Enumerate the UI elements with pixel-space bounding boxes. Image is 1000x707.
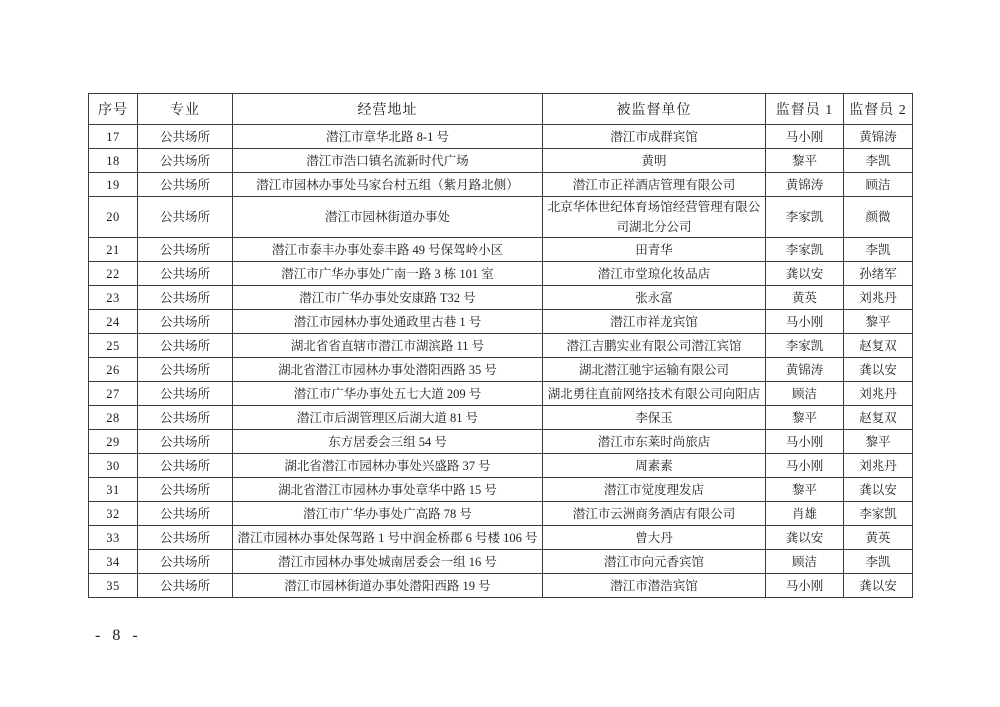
cell-serial: 28	[89, 406, 138, 430]
table-row: 30公共场所湖北省潜江市园林办事处兴盛路 37 号周素素马小刚刘兆丹	[89, 454, 913, 478]
cell-supervisor1: 龚以安	[766, 262, 844, 286]
cell-unit: 潜江市向元香宾馆	[543, 550, 766, 574]
cell-unit: 潜江市堂琼化妆品店	[543, 262, 766, 286]
header-cell-category: 专业	[138, 94, 233, 125]
cell-address: 湖北省潜江市园林办事处章华中路 15 号	[233, 478, 543, 502]
cell-supervisor2: 刘兆丹	[844, 454, 913, 478]
table-row: 25公共场所湖北省省直辖市潜江市湖滨路 11 号潜江吉鹏实业有限公司潜江宾馆李家…	[89, 334, 913, 358]
cell-supervisor2: 黄锦涛	[844, 125, 913, 149]
supervision-assignment-table: 序号专业经营地址被监督单位监督员 1监督员 2 17公共场所潜江市章华北路 8-…	[88, 93, 913, 598]
cell-unit: 曾大丹	[543, 526, 766, 550]
cell-unit: 田青华	[543, 238, 766, 262]
cell-serial: 29	[89, 430, 138, 454]
table-row: 23公共场所潜江市广华办事处安康路 T32 号张永富黄英刘兆丹	[89, 286, 913, 310]
header-cell-supervisor2: 监督员 2	[844, 94, 913, 125]
cell-supervisor1: 马小刚	[766, 430, 844, 454]
table-row: 18公共场所潜江市浩口镇名流新时代广场黄明黎平李凯	[89, 149, 913, 173]
cell-category: 公共场所	[138, 310, 233, 334]
cell-serial: 27	[89, 382, 138, 406]
table-row: 24公共场所潜江市园林办事处通政里古巷 1 号潜江市祥龙宾馆马小刚黎平	[89, 310, 913, 334]
table-row: 20公共场所潜江市园林街道办事处北京华体世纪体育场馆经营管理有限公司湖北分公司李…	[89, 197, 913, 238]
cell-category: 公共场所	[138, 454, 233, 478]
header-cell-serial: 序号	[89, 94, 138, 125]
cell-supervisor2: 李凯	[844, 149, 913, 173]
cell-serial: 20	[89, 197, 138, 238]
header-cell-address: 经营地址	[233, 94, 543, 125]
cell-unit: 北京华体世纪体育场馆经营管理有限公司湖北分公司	[543, 197, 766, 238]
cell-address: 潜江市浩口镇名流新时代广场	[233, 149, 543, 173]
table-row: 27公共场所潜江市广华办事处五七大道 209 号湖北勇往直前网络技术有限公司向阳…	[89, 382, 913, 406]
cell-address: 潜江市园林街道办事处	[233, 197, 543, 238]
cell-supervisor2: 李凯	[844, 550, 913, 574]
cell-unit: 潜江市祥龙宾馆	[543, 310, 766, 334]
cell-address: 湖北省潜江市园林办事处潜阳西路 35 号	[233, 358, 543, 382]
cell-address: 潜江市广华办事处安康路 T32 号	[233, 286, 543, 310]
cell-supervisor1: 李家凯	[766, 334, 844, 358]
table-row: 26公共场所湖北省潜江市园林办事处潜阳西路 35 号湖北潜江驰宇运输有限公司黄锦…	[89, 358, 913, 382]
cell-supervisor1: 顾洁	[766, 550, 844, 574]
cell-address: 潜江市章华北路 8-1 号	[233, 125, 543, 149]
cell-serial: 35	[89, 574, 138, 598]
cell-supervisor1: 马小刚	[766, 574, 844, 598]
cell-supervisor1: 马小刚	[766, 310, 844, 334]
cell-serial: 21	[89, 238, 138, 262]
cell-address: 东方居委会三组 54 号	[233, 430, 543, 454]
cell-supervisor2: 刘兆丹	[844, 382, 913, 406]
cell-category: 公共场所	[138, 358, 233, 382]
cell-supervisor1: 黎平	[766, 406, 844, 430]
cell-unit: 潜江吉鹏实业有限公司潜江宾馆	[543, 334, 766, 358]
cell-serial: 18	[89, 149, 138, 173]
table-row: 33公共场所潜江市园林办事处保驾路 1 号中润金桥郡 6 号楼 106 号曾大丹…	[89, 526, 913, 550]
cell-supervisor2: 李家凯	[844, 502, 913, 526]
cell-category: 公共场所	[138, 502, 233, 526]
table-row: 35公共场所潜江市园林街道办事处潜阳西路 19 号潜江市潜浩宾馆马小刚龚以安	[89, 574, 913, 598]
cell-category: 公共场所	[138, 238, 233, 262]
table-row: 29公共场所东方居委会三组 54 号潜江市东莱时尚旅店马小刚黎平	[89, 430, 913, 454]
header-cell-unit: 被监督单位	[543, 94, 766, 125]
cell-serial: 17	[89, 125, 138, 149]
cell-category: 公共场所	[138, 125, 233, 149]
cell-address: 潜江市园林办事处马家台村五组（紫月路北侧）	[233, 173, 543, 197]
cell-supervisor2: 赵复双	[844, 406, 913, 430]
cell-unit: 黄明	[543, 149, 766, 173]
header-cell-supervisor1: 监督员 1	[766, 94, 844, 125]
cell-supervisor2: 孙绪军	[844, 262, 913, 286]
cell-supervisor1: 黎平	[766, 149, 844, 173]
cell-supervisor1: 龚以安	[766, 526, 844, 550]
cell-unit: 张永富	[543, 286, 766, 310]
cell-category: 公共场所	[138, 550, 233, 574]
cell-supervisor1: 黄锦涛	[766, 358, 844, 382]
cell-serial: 30	[89, 454, 138, 478]
table-row: 17公共场所潜江市章华北路 8-1 号潜江市成群宾馆马小刚黄锦涛	[89, 125, 913, 149]
cell-address: 湖北省省直辖市潜江市湖滨路 11 号	[233, 334, 543, 358]
cell-supervisor2: 顾洁	[844, 173, 913, 197]
cell-address: 潜江市园林办事处保驾路 1 号中润金桥郡 6 号楼 106 号	[233, 526, 543, 550]
table-row: 32公共场所潜江市广华办事处广高路 78 号潜江市云洲商务酒店有限公司肖雄李家凯	[89, 502, 913, 526]
table-body: 17公共场所潜江市章华北路 8-1 号潜江市成群宾馆马小刚黄锦涛18公共场所潜江…	[89, 125, 913, 598]
cell-unit: 李保玉	[543, 406, 766, 430]
cell-unit: 湖北潜江驰宇运输有限公司	[543, 358, 766, 382]
cell-category: 公共场所	[138, 262, 233, 286]
cell-unit: 潜江市东莱时尚旅店	[543, 430, 766, 454]
table-row: 34公共场所潜江市园林办事处城南居委会一组 16 号潜江市向元香宾馆顾洁李凯	[89, 550, 913, 574]
cell-supervisor2: 龚以安	[844, 574, 913, 598]
table-row: 22公共场所潜江市广华办事处广南一路 3 栋 101 室潜江市堂琼化妆品店龚以安…	[89, 262, 913, 286]
cell-supervisor2: 黎平	[844, 430, 913, 454]
cell-category: 公共场所	[138, 197, 233, 238]
cell-supervisor1: 李家凯	[766, 238, 844, 262]
cell-supervisor2: 黄英	[844, 526, 913, 550]
cell-supervisor1: 李家凯	[766, 197, 844, 238]
cell-unit: 周素素	[543, 454, 766, 478]
cell-unit: 潜江市云洲商务酒店有限公司	[543, 502, 766, 526]
cell-supervisor1: 肖雄	[766, 502, 844, 526]
table-header: 序号专业经营地址被监督单位监督员 1监督员 2	[89, 94, 913, 125]
cell-supervisor1: 黄英	[766, 286, 844, 310]
cell-address: 潜江市广华办事处广南一路 3 栋 101 室	[233, 262, 543, 286]
cell-supervisor2: 颜微	[844, 197, 913, 238]
cell-address: 湖北省潜江市园林办事处兴盛路 37 号	[233, 454, 543, 478]
cell-supervisor2: 刘兆丹	[844, 286, 913, 310]
cell-supervisor1: 黄锦涛	[766, 173, 844, 197]
table-header-row: 序号专业经营地址被监督单位监督员 1监督员 2	[89, 94, 913, 125]
table-row: 21公共场所潜江市泰丰办事处泰丰路 49 号保驾岭小区田青华李家凯李凯	[89, 238, 913, 262]
cell-supervisor1: 马小刚	[766, 125, 844, 149]
cell-category: 公共场所	[138, 173, 233, 197]
cell-category: 公共场所	[138, 149, 233, 173]
cell-address: 潜江市广华办事处五七大道 209 号	[233, 382, 543, 406]
cell-address: 潜江市园林办事处城南居委会一组 16 号	[233, 550, 543, 574]
cell-supervisor2: 李凯	[844, 238, 913, 262]
cell-unit: 潜江市正祥酒店管理有限公司	[543, 173, 766, 197]
cell-address: 潜江市园林办事处通政里古巷 1 号	[233, 310, 543, 334]
cell-supervisor2: 黎平	[844, 310, 913, 334]
cell-unit: 潜江市觉度理发店	[543, 478, 766, 502]
cell-supervisor1: 黎平	[766, 478, 844, 502]
document-page: 序号专业经营地址被监督单位监督员 1监督员 2 17公共场所潜江市章华北路 8-…	[0, 0, 1000, 707]
table-row: 31公共场所湖北省潜江市园林办事处章华中路 15 号潜江市觉度理发店黎平龚以安	[89, 478, 913, 502]
cell-unit: 湖北勇往直前网络技术有限公司向阳店	[543, 382, 766, 406]
cell-serial: 24	[89, 310, 138, 334]
cell-address: 潜江市泰丰办事处泰丰路 49 号保驾岭小区	[233, 238, 543, 262]
cell-address: 潜江市后湖管理区后湖大道 81 号	[233, 406, 543, 430]
cell-address: 潜江市园林街道办事处潜阳西路 19 号	[233, 574, 543, 598]
cell-serial: 19	[89, 173, 138, 197]
cell-serial: 23	[89, 286, 138, 310]
cell-serial: 25	[89, 334, 138, 358]
cell-supervisor2: 龚以安	[844, 478, 913, 502]
cell-category: 公共场所	[138, 286, 233, 310]
cell-unit: 潜江市成群宾馆	[543, 125, 766, 149]
cell-category: 公共场所	[138, 574, 233, 598]
cell-serial: 31	[89, 478, 138, 502]
cell-address: 潜江市广华办事处广高路 78 号	[233, 502, 543, 526]
cell-category: 公共场所	[138, 382, 233, 406]
cell-category: 公共场所	[138, 526, 233, 550]
cell-serial: 33	[89, 526, 138, 550]
table-row: 19公共场所潜江市园林办事处马家台村五组（紫月路北侧）潜江市正祥酒店管理有限公司…	[89, 173, 913, 197]
cell-supervisor1: 顾洁	[766, 382, 844, 406]
table-row: 28公共场所潜江市后湖管理区后湖大道 81 号李保玉黎平赵复双	[89, 406, 913, 430]
page-number: - 8 -	[95, 627, 142, 645]
cell-serial: 34	[89, 550, 138, 574]
cell-serial: 26	[89, 358, 138, 382]
cell-category: 公共场所	[138, 478, 233, 502]
cell-supervisor2: 赵复双	[844, 334, 913, 358]
cell-unit: 潜江市潜浩宾馆	[543, 574, 766, 598]
cell-category: 公共场所	[138, 334, 233, 358]
cell-category: 公共场所	[138, 430, 233, 454]
cell-serial: 22	[89, 262, 138, 286]
cell-supervisor2: 龚以安	[844, 358, 913, 382]
cell-serial: 32	[89, 502, 138, 526]
cell-category: 公共场所	[138, 406, 233, 430]
cell-supervisor1: 马小刚	[766, 454, 844, 478]
